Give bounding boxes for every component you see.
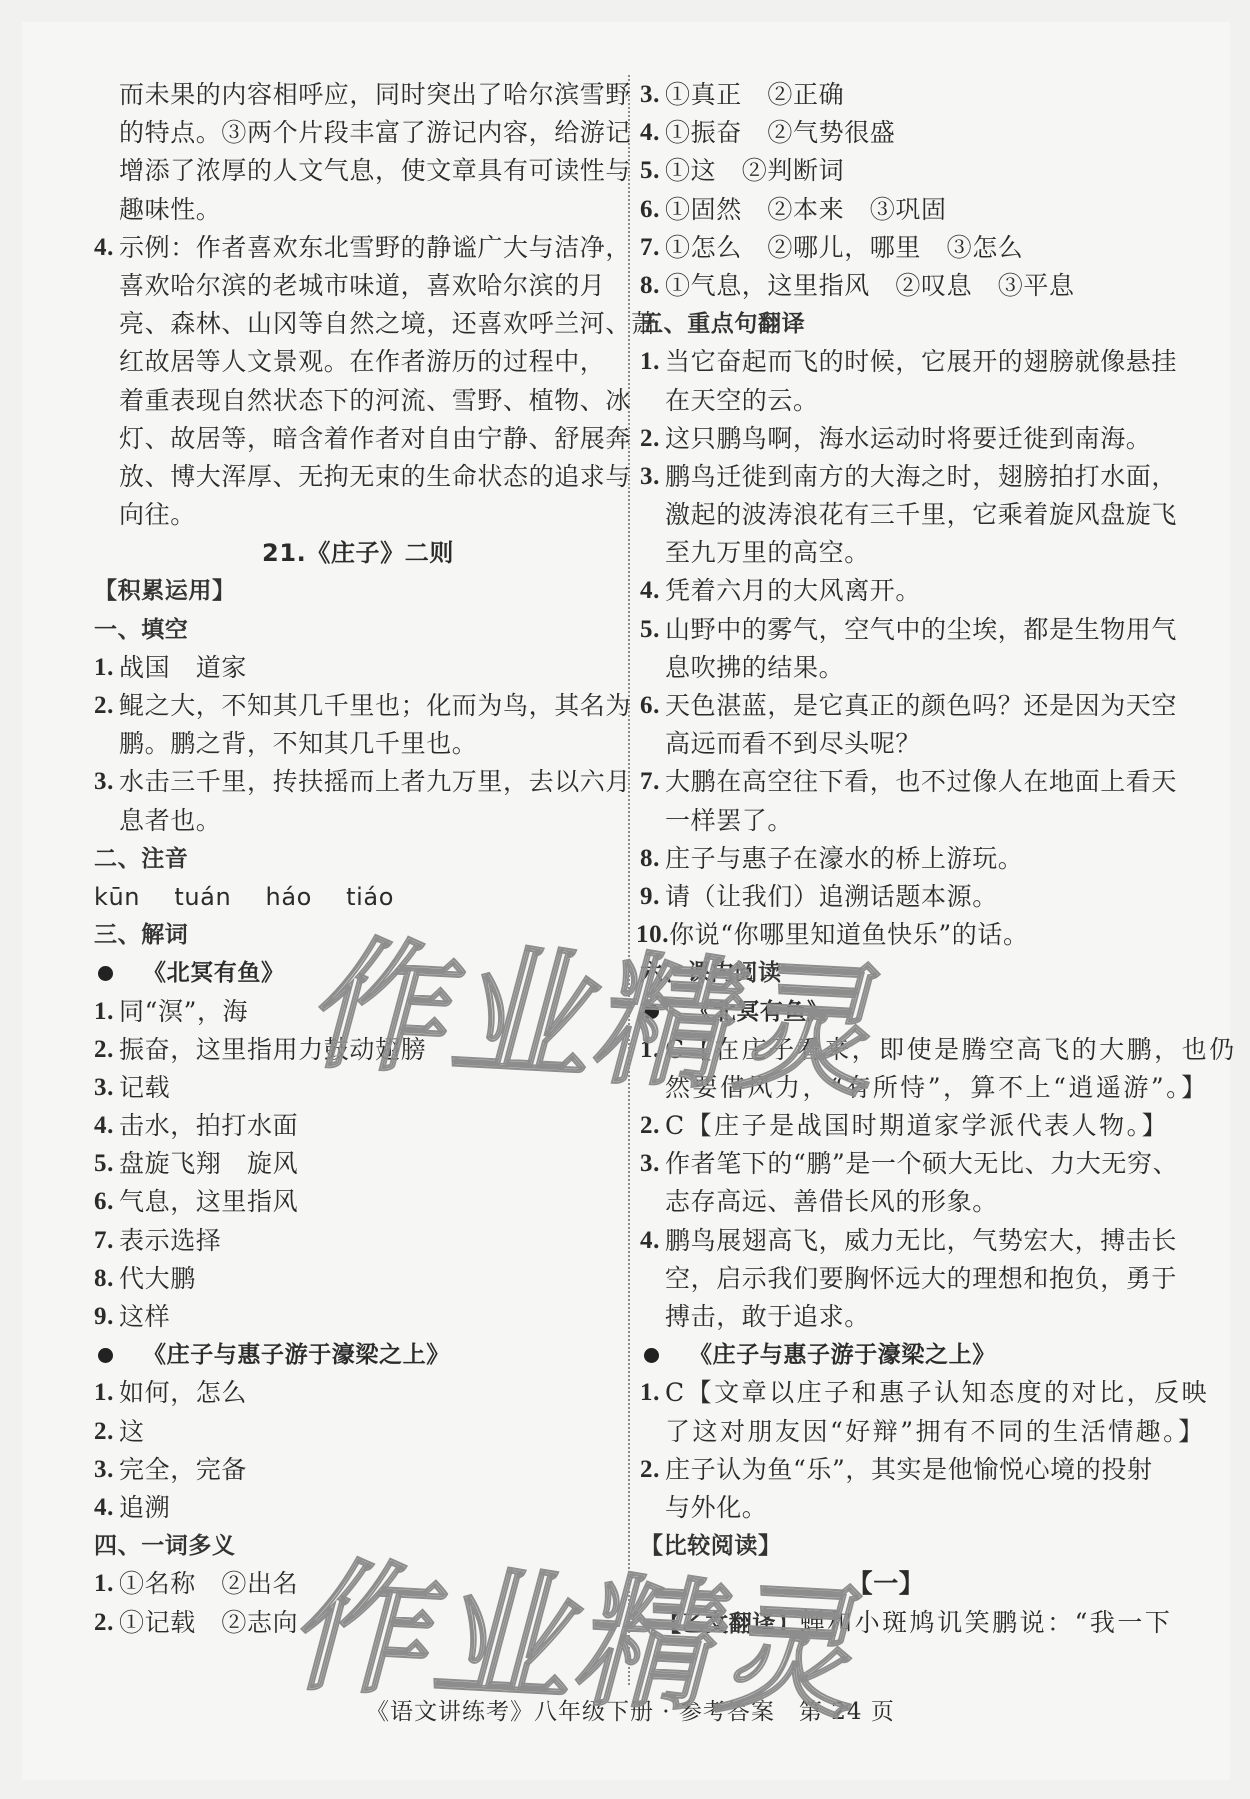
item-text: 追溯	[119, 1489, 622, 1527]
item-number: 4.	[94, 1489, 119, 1527]
item-text-cont: 然要借风力，“有所恃”，算不上“逍遥游”。】	[640, 1069, 1132, 1107]
answer-item: 2.这只鹏鸟啊，海水运动时将要迁徙到南海。	[640, 420, 1132, 458]
item-number: 3.	[94, 1451, 119, 1489]
answer-item: 4. 示例：作者喜欢东北雪野的静谧广大与洁净，	[94, 229, 622, 267]
bullet-icon	[98, 1348, 113, 1363]
subsection-title: 《庄子与惠子游于濠梁之上》	[689, 1336, 996, 1374]
item-text: 这样	[119, 1298, 622, 1336]
answer-item: 6.气息，这里指风	[94, 1183, 622, 1221]
right-column: 3.①真正 ②正确 4.①振奋 ②气势很盛 5.①这 ②判断词 6.①固然 ②本…	[640, 76, 1132, 1642]
answer-item: 8.庄子与惠子在濠水的桥上游玩。	[640, 840, 1132, 878]
answer-item: 7.表示选择	[94, 1222, 622, 1260]
answer-item: 4.凭着六月的大风离开。	[640, 572, 1132, 610]
lesson-title: 21.《庄子》二则	[94, 534, 622, 572]
item-number: 2.	[640, 1451, 665, 1489]
item-text: 鲲之大，不知其几千里也；化而为鸟，其名为	[119, 687, 631, 725]
answer-item: 6.天色湛蓝，是它真正的颜色吗？还是因为天空	[640, 687, 1132, 725]
pinyin-answers: kūn tuán háo tiáo	[94, 878, 622, 916]
item-text: 水击三千里，抟扶摇而上者九万里，去以六月	[119, 763, 631, 801]
item-text: 振奋，这里指用力鼓动翅膀	[119, 1031, 622, 1069]
item-text-cont: 红故居等人文景观。在作者游历的过程中，	[94, 343, 622, 381]
item-number: 1.	[640, 343, 665, 381]
item-number: 7.	[94, 1222, 119, 1260]
subsection-beiming: 《北冥有鱼》	[640, 993, 1132, 1031]
item-number: 2.	[94, 1031, 119, 1069]
item-text: 如何，怎么	[119, 1374, 622, 1412]
item-text: 这	[119, 1413, 622, 1451]
item-text-cont: 搏击，敢于追求。	[640, 1298, 1132, 1336]
heading-explain: 三、解词	[94, 916, 622, 954]
item-text: C【文章以庄子和惠子认知态度的对比，反映	[665, 1374, 1209, 1412]
item-text: 山野中的雾气，空气中的尘埃，都是生物用气	[665, 611, 1177, 649]
item-number: 3.	[640, 1145, 665, 1183]
item-text-cont: 息吹拂的结果。	[640, 649, 1132, 687]
paragraph-line: 增添了浓厚的人文气息，使文章具有可读性与	[94, 152, 622, 190]
answer-item: 4.击水，拍打水面	[94, 1107, 622, 1145]
answer-item: 5.盘旋飞翔 旋风	[94, 1145, 622, 1183]
item-number: 2.	[94, 1604, 119, 1642]
item-text-cont: 灯、故居等，暗含着作者对自由宁静、舒展奔	[94, 420, 622, 458]
item-number: 2.	[94, 687, 119, 725]
item-number: 6.	[640, 191, 665, 229]
answer-item: 3.鹏鸟迁徙到南方的大海之时，翅膀拍打水面，	[640, 458, 1132, 496]
answer-item: 2. 鲲之大，不知其几千里也；化而为鸟，其名为	[94, 687, 622, 725]
item-number: 1.	[94, 1374, 119, 1412]
item-number: 5.	[94, 1145, 119, 1183]
answer-item: 5.①这 ②判断词	[640, 152, 1132, 190]
item-text: ①振奋 ②气势很盛	[665, 114, 1132, 152]
answer-item: 1.同“溟”，海	[94, 993, 622, 1031]
paragraph-line: 的特点。③两个片段丰富了游记内容，给游记	[94, 114, 622, 152]
answer-item: 1.C【在庄子看来，即使是腾空高飞的大鹏，也仍	[640, 1031, 1132, 1069]
item-text: 天色湛蓝，是它真正的颜色吗？还是因为天空	[665, 687, 1177, 725]
item-text-cont: 至九万里的高空。	[640, 534, 1132, 572]
item-number: 7.	[640, 229, 665, 267]
subsection-haoliang: 《庄子与惠子游于濠梁之上》	[640, 1336, 1132, 1374]
page-footer: 《语文讲练考》八年级下册 · 参考答案 第 24 页	[366, 1696, 836, 1728]
item-text: 庄子与惠子在濠水的桥上游玩。	[665, 840, 1132, 878]
item-text-cont: 放、博大浑厚、无拘无束的生命状态的追求与	[94, 458, 622, 496]
answer-item: 8.代大鹏	[94, 1260, 622, 1298]
item-text: 气息，这里指风	[119, 1183, 622, 1221]
item-number: 2.	[94, 1413, 119, 1451]
item-number: 2.	[640, 420, 665, 458]
item-number: 5.	[640, 152, 665, 190]
item-text: 示例：作者喜欢东北雪野的静谧广大与洁净，	[119, 229, 631, 267]
answer-item: 1.当它奋起而飞的时候，它展开的翅膀就像悬挂	[640, 343, 1132, 381]
item-text-cont: 鹏。鹏之背，不知其几千里也。	[94, 725, 622, 763]
item-text-cont: 高远而看不到尽头呢？	[640, 725, 1132, 763]
answer-item: 2.①记载 ②志向	[94, 1604, 622, 1642]
answer-item: 1.C【文章以庄子和惠子认知态度的对比，反映	[640, 1374, 1132, 1412]
answer-item: 3.作者笔下的“鹏”是一个硕大无比、力大无穷、	[640, 1145, 1132, 1183]
heading-fill-blank: 一、填空	[94, 611, 622, 649]
item-text: ①名称 ②出名	[119, 1565, 622, 1603]
bullet-icon	[98, 966, 113, 981]
item-number: 3.	[94, 763, 119, 801]
answer-item: 4.追溯	[94, 1489, 622, 1527]
bullet-icon	[644, 1004, 659, 1019]
heading-reading: 六、课内阅读	[640, 954, 1132, 992]
answer-item: 3.记载	[94, 1069, 622, 1107]
item-text-cont: 了这对朋友因“好辩”拥有不同的生活情趣。】	[640, 1413, 1132, 1451]
item-number: 3.	[640, 458, 665, 496]
item-number: 8.	[94, 1260, 119, 1298]
answer-item: 2.振奋，这里指用力鼓动翅膀	[94, 1031, 622, 1069]
item-text-cont: 与外化。	[640, 1489, 1132, 1527]
item-text-cont: 息者也。	[94, 802, 622, 840]
answer-item: 3. 水击三千里，抟扶摇而上者九万里，去以六月	[94, 763, 622, 801]
heading-polysemy: 四、一词多义	[94, 1527, 622, 1565]
item-text: 记载	[119, 1069, 622, 1107]
item-number: 5.	[640, 611, 665, 649]
bullet-icon	[644, 1348, 659, 1363]
answer-item: 3.①真正 ②正确	[640, 76, 1132, 114]
item-text: 击水，拍打水面	[119, 1107, 622, 1145]
translation-intro: 【乙文翻译】蝉和小斑鸠讥笑鹏说：“我一下	[640, 1604, 1132, 1642]
item-number: 6.	[94, 1183, 119, 1221]
item-number: 10.	[636, 916, 661, 954]
item-text-cont: 空，启示我们要胸怀远大的理想和抱负，勇于	[640, 1260, 1132, 1298]
item-number: 8.	[640, 840, 665, 878]
answer-item: 3.完全，完备	[94, 1451, 622, 1489]
item-text: ①这 ②判断词	[665, 152, 1132, 190]
paragraph-line: 趣味性。	[94, 191, 622, 229]
item-text: 凭着六月的大风离开。	[665, 572, 1132, 610]
item-text: 大鹏在高空往下看，也不过像人在地面上看天	[665, 763, 1177, 801]
item-number: 4.	[640, 114, 665, 152]
item-number: 7.	[640, 763, 665, 801]
item-text: 战国 道家	[119, 649, 622, 687]
item-text: 同“溟”，海	[119, 993, 622, 1031]
answer-item: 2.这	[94, 1413, 622, 1451]
item-number: 9.	[640, 878, 665, 916]
item-text-cont: 向往。	[94, 496, 622, 534]
item-text: C【庄子是战国时期道家学派代表人物。】	[665, 1107, 1169, 1145]
item-number: 1.	[94, 649, 119, 687]
item-text: 庄子认为鱼“乐”，其实是他愉悦心境的投射	[665, 1451, 1153, 1489]
answer-item: 7.大鹏在高空往下看，也不过像人在地面上看天	[640, 763, 1132, 801]
subsection-title: 《庄子与惠子游于濠梁之上》	[143, 1336, 450, 1374]
item-number: 3.	[94, 1069, 119, 1107]
item-text: ①气息，这里指风 ②叹息 ③平息	[665, 267, 1132, 305]
paragraph-line: 而未果的内容相呼应，同时突出了哈尔滨雪野	[94, 76, 622, 114]
section-heading-jilei: 【积累运用】	[94, 572, 622, 610]
answer-item: 1.①名称 ②出名	[94, 1565, 622, 1603]
item-number: 4.	[640, 572, 665, 610]
item-text-cont: 在天空的云。	[640, 382, 1132, 420]
heading-translation: 五、重点句翻译	[640, 305, 1132, 343]
answer-item: 10.你说“你哪里知道鱼快乐”的话。	[640, 916, 1132, 954]
subsection-beiming: 《北冥有鱼》	[94, 954, 622, 992]
item-text: 代大鹏	[119, 1260, 622, 1298]
item-text: 作者笔下的“鹏”是一个硕大无比、力大无穷、	[665, 1145, 1178, 1183]
item-text-cont: 喜欢哈尔滨的老城市味道，喜欢哈尔滨的月	[94, 267, 622, 305]
answer-item: 1.如何，怎么	[94, 1374, 622, 1412]
item-number: 6.	[640, 687, 665, 725]
translation-text: 蝉和小斑鸠讥笑鹏说：“我一下	[800, 1608, 1173, 1637]
item-number: 2.	[640, 1107, 665, 1145]
item-number: 3.	[640, 76, 665, 114]
item-number: 1.	[640, 1374, 665, 1412]
item-number: 4.	[640, 1222, 665, 1260]
item-number: 8.	[640, 267, 665, 305]
item-text: 表示选择	[119, 1222, 622, 1260]
item-text: ①真正 ②正确	[665, 76, 1132, 114]
item-text: 完全，完备	[119, 1451, 622, 1489]
item-text-cont: 志存高远、善借长风的形象。	[640, 1183, 1132, 1221]
item-text: 鹏鸟展翅高飞，威力无比，气势宏大，搏击长	[665, 1222, 1177, 1260]
item-text: 你说“你哪里知道鱼快乐”的话。	[661, 916, 1132, 954]
item-number: 4.	[94, 229, 119, 267]
answer-item: 9.请（让我们）追溯话题本源。	[640, 878, 1132, 916]
heading-pinyin: 二、注音	[94, 840, 622, 878]
answer-item: 8.①气息，这里指风 ②叹息 ③平息	[640, 267, 1132, 305]
subsection-title: 《北冥有鱼》	[689, 993, 831, 1031]
item-text: ①怎么 ②哪儿，哪里 ③怎么	[665, 229, 1132, 267]
answer-item: 7.①怎么 ②哪儿，哪里 ③怎么	[640, 229, 1132, 267]
item-text-cont: 激起的波涛浪花有三千里，它乘着旋风盘旋飞	[640, 496, 1132, 534]
item-text: 这只鹏鸟啊，海水运动时将要迁徙到南海。	[665, 420, 1151, 458]
item-number: 1.	[640, 1031, 665, 1069]
heading-compare-reading: 【比较阅读】	[640, 1527, 1132, 1565]
answer-item: 5.山野中的雾气，空气中的尘埃，都是生物用气	[640, 611, 1132, 649]
subsection-haoliang: 《庄子与惠子游于濠梁之上》	[94, 1336, 622, 1374]
item-text: C【在庄子看来，即使是腾空高飞的大鹏，也仍	[665, 1031, 1237, 1069]
answer-item: 1. 战国 道家	[94, 649, 622, 687]
item-number: 1.	[94, 993, 119, 1031]
answer-item: 6.①固然 ②本来 ③巩固	[640, 191, 1132, 229]
item-text: ①固然 ②本来 ③巩固	[665, 191, 1132, 229]
translation-label: 【乙文翻译】	[658, 1611, 800, 1637]
subsection-title: 《北冥有鱼》	[143, 954, 285, 992]
part-marker: 【一】	[640, 1565, 1132, 1603]
item-text: 当它奋起而飞的时候，它展开的翅膀就像悬挂	[665, 343, 1177, 381]
item-number: 1.	[94, 1565, 119, 1603]
answer-item: 4.①振奋 ②气势很盛	[640, 114, 1132, 152]
left-column: 而未果的内容相呼应，同时突出了哈尔滨雪野 的特点。③两个片段丰富了游记内容，给游…	[94, 76, 622, 1642]
item-text: 鹏鸟迁徙到南方的大海之时，翅膀拍打水面，	[665, 458, 1177, 496]
item-number: 4.	[94, 1107, 119, 1145]
item-text-cont: 亮、森林、山冈等自然之境，还喜欢呼兰河、萧	[94, 305, 622, 343]
item-text: 盘旋飞翔 旋风	[119, 1145, 622, 1183]
item-text: 请（让我们）追溯话题本源。	[665, 878, 1132, 916]
answer-item: 4.鹏鸟展翅高飞，威力无比，气势宏大，搏击长	[640, 1222, 1132, 1260]
answer-item: 2.C【庄子是战国时期道家学派代表人物。】	[640, 1107, 1132, 1145]
answer-item: 9.这样	[94, 1298, 622, 1336]
item-text-cont: 一样罢了。	[640, 802, 1132, 840]
answer-item: 2.庄子认为鱼“乐”，其实是他愉悦心境的投射	[640, 1451, 1132, 1489]
item-number: 9.	[94, 1298, 119, 1336]
item-text: ①记载 ②志向	[119, 1604, 622, 1642]
item-text-cont: 着重表现自然状态下的河流、雪野、植物、冰	[94, 382, 622, 420]
